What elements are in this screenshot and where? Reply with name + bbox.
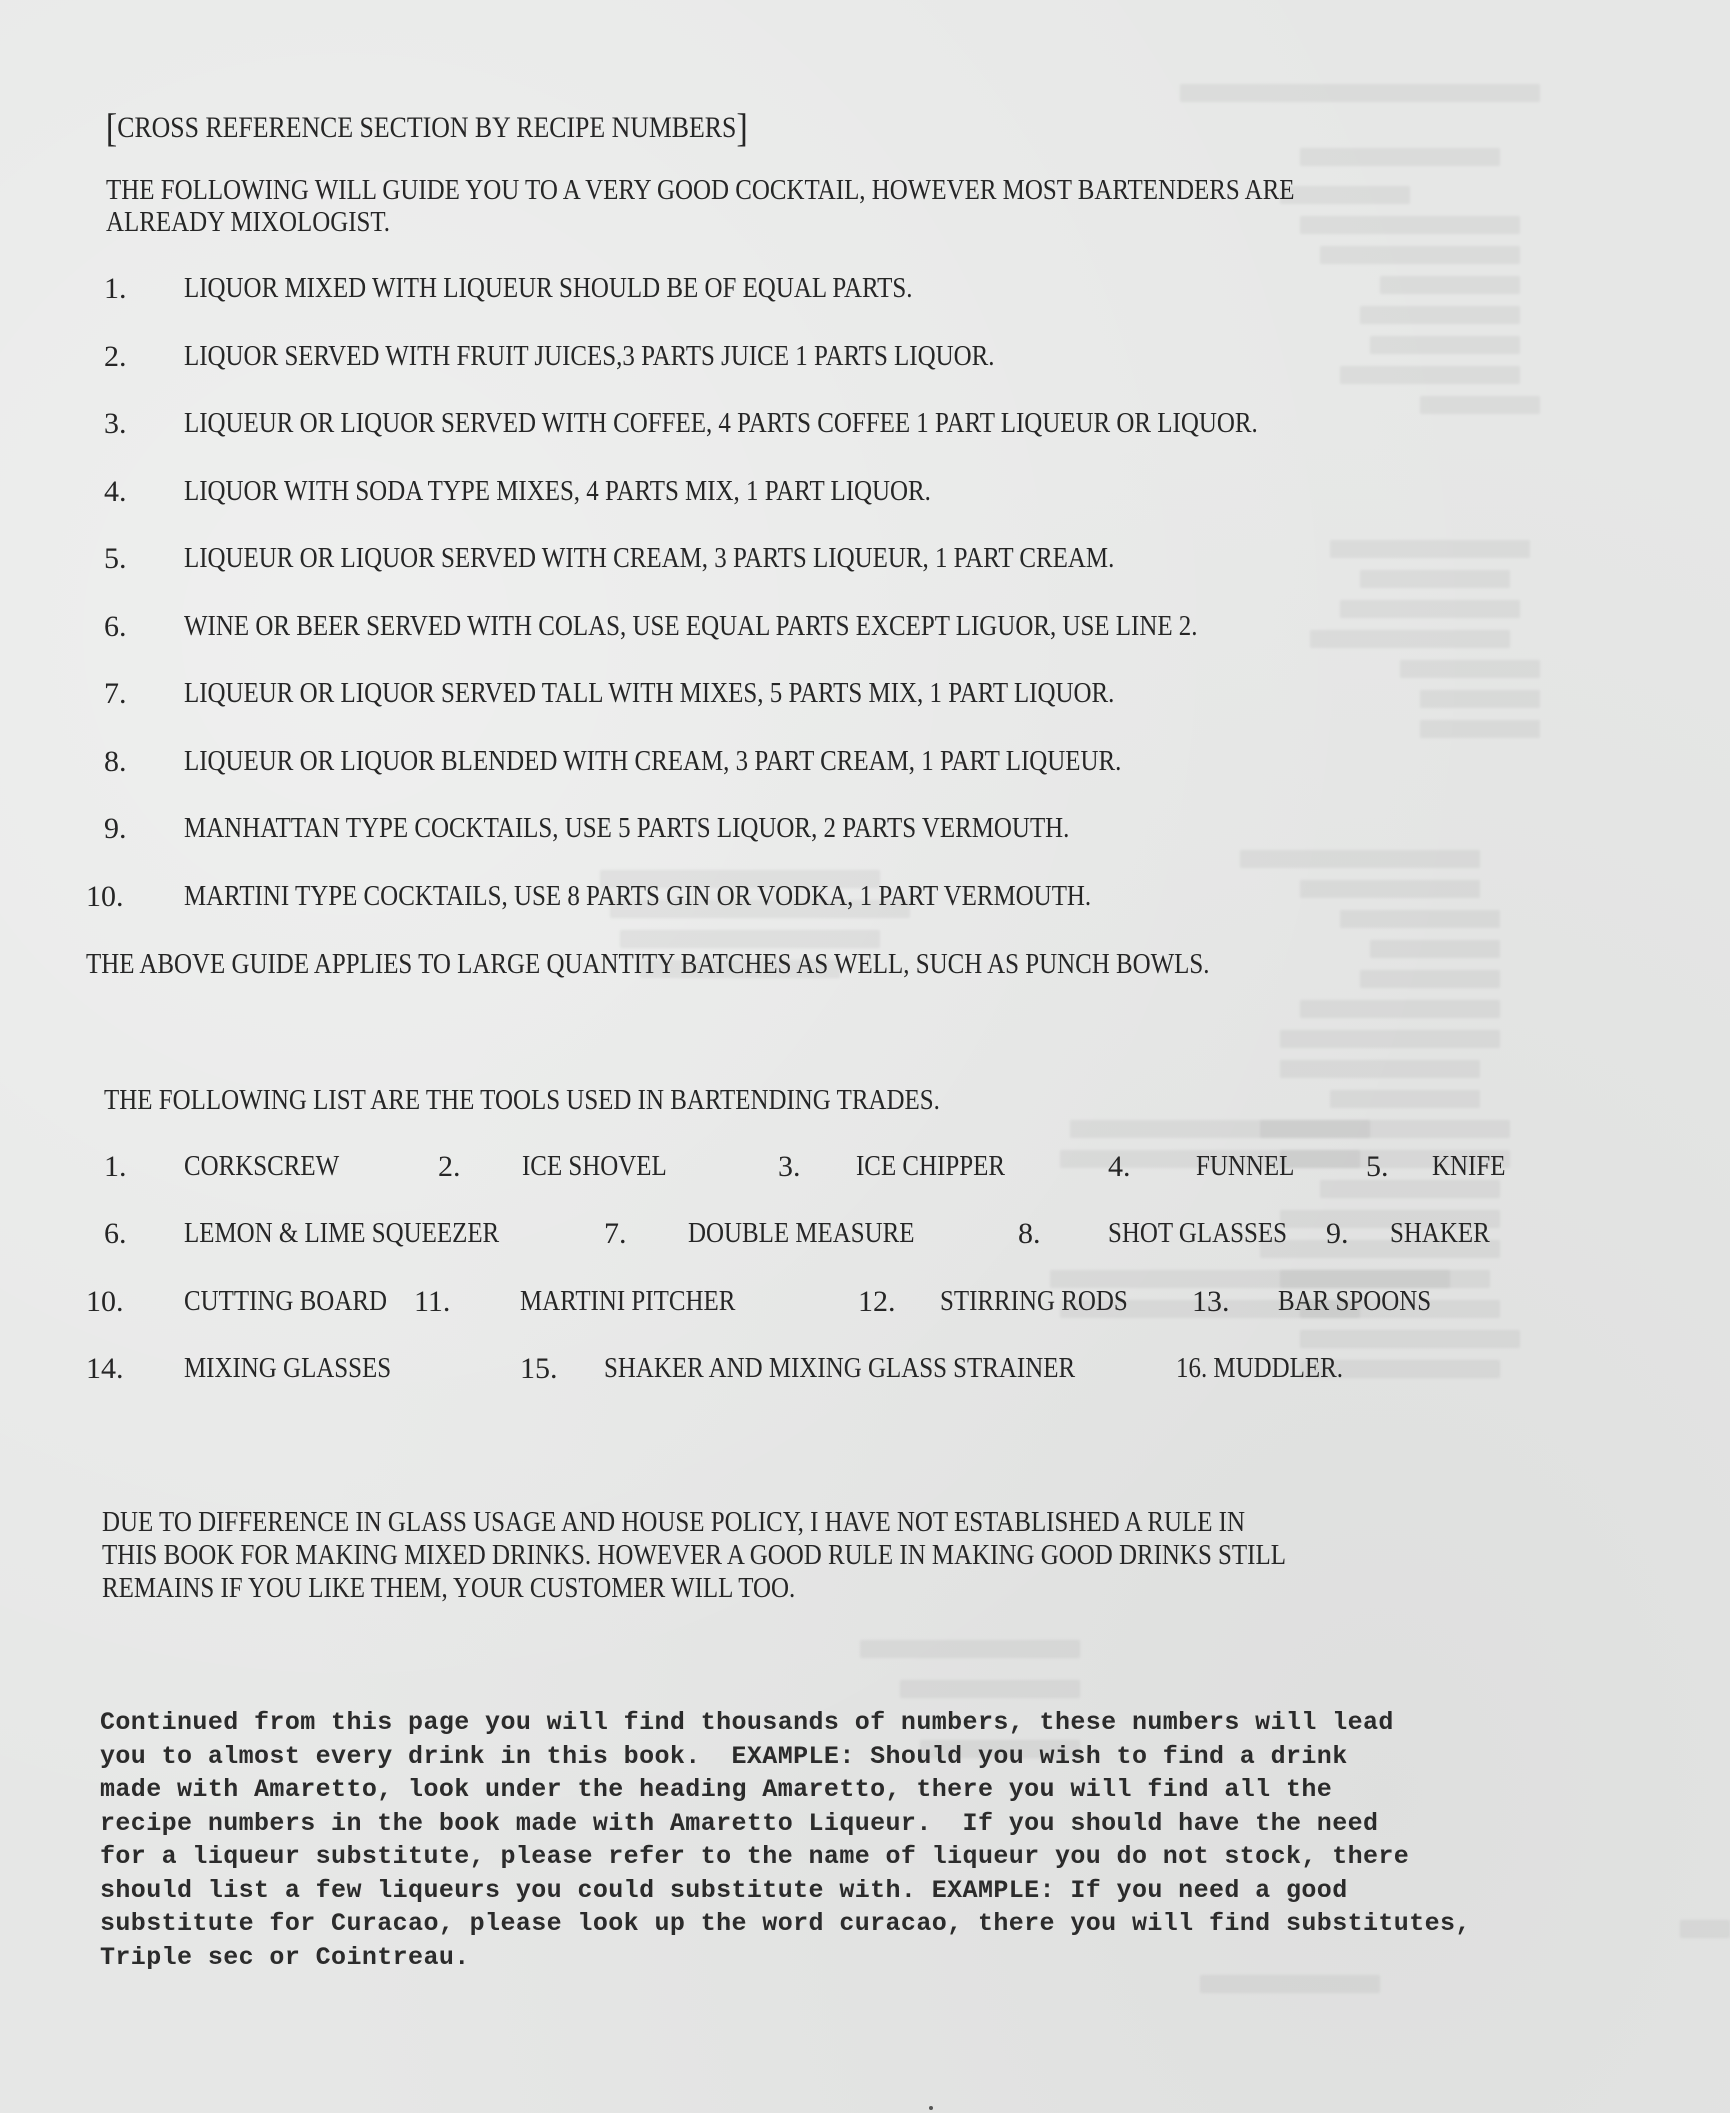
rule-text: LIQUEUR OR LIQUOR SERVED WITH CREAM, 3 P… [184,542,1114,575]
ghost-line [1370,336,1520,354]
tool-number: 8. [1018,1217,1041,1251]
ghost-line [1360,306,1520,324]
tool-number: 9. [1326,1217,1349,1251]
tool-name: STIRRING RODS [940,1285,1128,1318]
tool-number: 15. [520,1352,558,1386]
rule-number: 8. [104,745,127,779]
ghost-line [1240,850,1480,868]
guide-note: THE ABOVE GUIDE APPLIES TO LARGE QUANTIT… [86,948,1210,981]
rule-number: 10. [86,880,124,914]
ghost-line [860,1640,1080,1658]
ghost-line [1380,276,1520,294]
tool-number: 6. [104,1217,127,1251]
ghost-line [1300,880,1480,898]
tool-name: ICE CHIPPER [856,1150,1005,1183]
intro-line-2: ALREADY MIXOLOGIST. [106,206,390,239]
rule-text: LIQUOR MIXED WITH LIQUEUR SHOULD BE OF E… [184,272,912,305]
rule-text: WINE OR BEER SERVED WITH COLAS, USE EQUA… [184,610,1198,643]
tool-number: 10. [86,1285,124,1319]
paragraph-line: should list a few liqueurs you could sub… [100,1874,1348,1907]
ghost-line [1420,396,1540,414]
tool-number: 3. [778,1150,801,1184]
paragraph-line: for a liqueur substitute, please refer t… [100,1840,1409,1873]
rule-text: LIQUEUR OR LIQUOR SERVED TALL WITH MIXES… [184,677,1114,710]
ghost-line [1300,1330,1520,1348]
tool-number: 2. [438,1150,461,1184]
tool-name: SHAKER AND MIXING GLASS STRAINER [604,1352,1075,1385]
policy-line-1: DUE TO DIFFERENCE IN GLASS USAGE AND HOU… [102,1506,1245,1539]
ghost-line [1300,1000,1500,1018]
ghost-line [1420,690,1540,708]
tool-name: SHAKER [1390,1217,1490,1250]
tool-number: 12. [858,1285,896,1319]
paper-speck [929,2106,933,2110]
ghost-line [1340,366,1520,384]
tool-name: MARTINI PITCHER [520,1285,735,1318]
rule-text: LIQUEUR OR LIQUOR BLENDED WITH CREAM, 3 … [184,745,1121,778]
tool-number: 7. [604,1217,627,1251]
paragraph-line: Continued from this page you will find t… [100,1706,1394,1739]
ghost-line [1180,84,1540,102]
tool-number: 14. [86,1352,124,1386]
title-bracket-open: [ [106,105,117,150]
tool-name: FUNNEL [1196,1150,1294,1183]
ghost-line [1280,1060,1480,1078]
ghost-line [1310,630,1510,648]
tool-name: SHOT GLASSES [1108,1217,1287,1250]
tools-heading: THE FOLLOWING LIST ARE THE TOOLS USED IN… [104,1084,940,1117]
rule-text: LIQUOR SERVED WITH FRUIT JUICES,3 PARTS … [184,340,995,373]
tool-name: LEMON & LIME SQUEEZER [184,1217,499,1250]
paragraph-line: recipe numbers in the book made with Ama… [100,1807,1378,1840]
ghost-line [1370,940,1500,958]
tool-number: 5. [1366,1150,1389,1184]
tool-name: CUTTING BOARD [184,1285,387,1318]
title-text: CROSS REFERENCE SECTION BY RECIPE NUMBER… [117,111,736,144]
ghost-line [1300,216,1520,234]
ghost-line [1300,148,1500,166]
policy-line-3: REMAINS IF YOU LIKE THEM, YOUR CUSTOMER … [102,1572,795,1605]
ghost-line [1280,186,1410,204]
tool-name: CORKSCREW [184,1150,339,1183]
ghost-line [1070,1120,1370,1138]
rule-number: 2. [104,340,127,374]
ghost-line [1420,720,1540,738]
ghost-line [1330,1090,1480,1108]
paragraph-line: Triple sec or Cointreau. [100,1941,470,1974]
rule-number: 5. [104,542,127,576]
tool-name: 16. MUDDLER. [1176,1352,1343,1385]
rule-text: LIQUEUR OR LIQUOR SERVED WITH COFFEE, 4 … [184,407,1258,440]
rule-number: 3. [104,407,127,441]
tool-name: MIXING GLASSES [184,1352,391,1385]
tool-name: DOUBLE MEASURE [688,1217,915,1250]
rule-text: MARTINI TYPE COCKTAILS, USE 8 PARTS GIN … [184,880,1091,913]
ghost-line [900,1680,1080,1698]
policy-line-2: THIS BOOK FOR MAKING MIXED DRINKS. HOWEV… [102,1539,1286,1572]
rule-number: 1. [104,272,127,306]
document-page: [CROSS REFERENCE SECTION BY RECIPE NUMBE… [0,0,1730,2113]
ghost-line [1400,660,1540,678]
paragraph-line: you to almost every drink in this book. … [100,1740,1348,1773]
tool-number: 4. [1108,1150,1131,1184]
ghost-line [1280,1030,1500,1048]
rule-number: 6. [104,610,127,644]
tool-name: KNIFE [1432,1150,1505,1183]
ghost-line [1200,1975,1380,1993]
tool-number: 11. [414,1285,450,1319]
ghost-line [1360,570,1510,588]
tool-name: ICE SHOVEL [522,1150,667,1183]
tool-number: 1. [104,1150,127,1184]
intro-line-1: THE FOLLOWING WILL GUIDE YOU TO A VERY G… [106,174,1295,207]
ghost-line [1340,910,1500,928]
tool-number: 13. [1192,1285,1230,1319]
paragraph-line: substitute for Curacao, please look up t… [100,1907,1471,1940]
rule-number: 4. [104,475,127,509]
rule-text: LIQUOR WITH SODA TYPE MIXES, 4 PARTS MIX… [184,475,931,508]
ghost-line [620,930,880,948]
ghost-line [1360,970,1500,988]
ghost-line [1340,600,1520,618]
ghost-line [1330,540,1530,558]
title-bracket-close: ] [736,105,747,150]
rule-text: MANHATTAN TYPE COCKTAILS, USE 5 PARTS LI… [184,812,1069,845]
rule-number: 9. [104,812,127,846]
tool-name: BAR SPOONS [1278,1285,1431,1318]
ghost-line [1320,246,1520,264]
ghost-line [1680,1920,1730,1938]
page-title: [CROSS REFERENCE SECTION BY RECIPE NUMBE… [80,66,748,181]
paragraph-line: made with Amaretto, look under the headi… [100,1773,1332,1806]
rule-number: 7. [104,677,127,711]
